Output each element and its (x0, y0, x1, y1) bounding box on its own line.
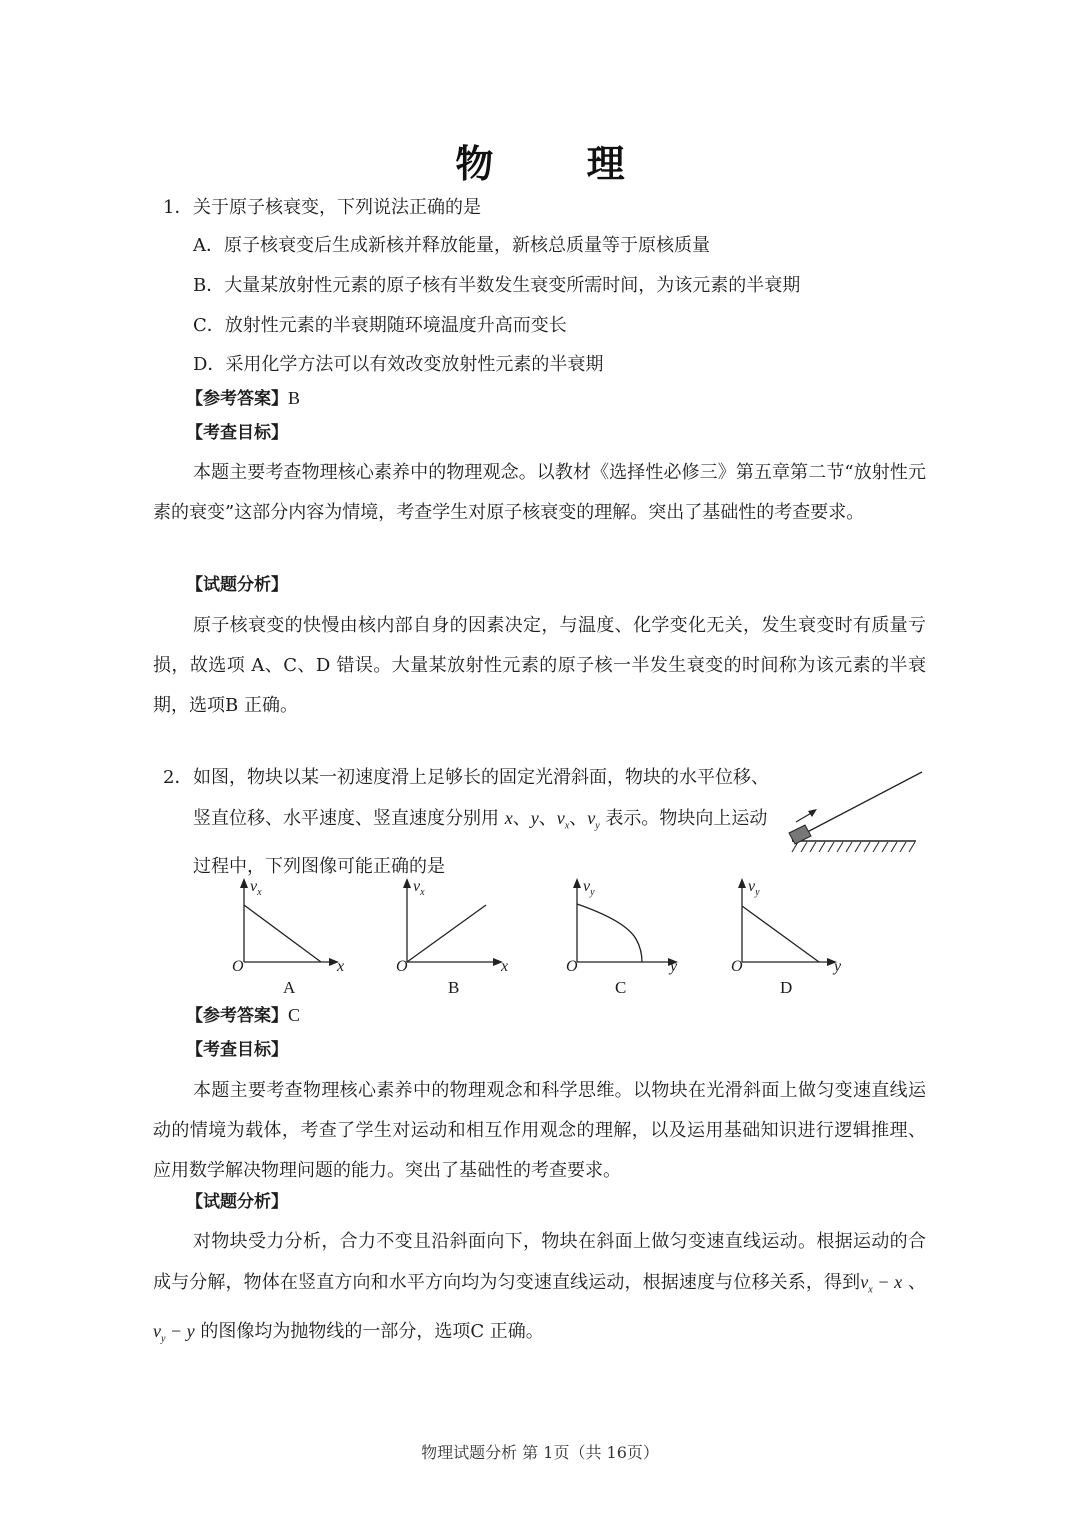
axis-label-y: vx (413, 878, 425, 898)
graph-label: D (780, 978, 792, 998)
objective-heading: 【考查目标】 (186, 1039, 288, 1061)
analysis-paragraph: 对物块受力分析，合力不变且沿斜面向下，物块在斜面上做匀变速直线运动。根据运动的合… (153, 1222, 926, 1359)
question-stem: 如图，物块以某一初速度滑上足够长的固定光滑斜面，物块的水平位移、竖直位移、水平速… (193, 758, 773, 887)
question-number: 2． (163, 758, 192, 798)
graph-label: A (283, 978, 295, 998)
axis-label-x: y (834, 958, 841, 976)
arrow-icon (808, 809, 817, 817)
separator: 、 (513, 808, 531, 829)
expr-vy-y: vy − y (153, 1321, 195, 1341)
question-stem: 关于原子核衰变，下列说法正确的是 (193, 197, 481, 219)
var-sub: y (595, 821, 599, 832)
page-footer: 物理试题分析 第 1页（共 16页） (0, 1440, 1080, 1463)
option-d: D．采用化学方法可以有效改变放射性元素的半衰期 (193, 354, 603, 376)
origin-label: O (731, 958, 743, 976)
option-a: A．原子核衰变后生成新核并释放能量，新核总质量等于原核质量 (193, 235, 710, 257)
axis-label-x: x (337, 958, 344, 976)
separator: 、 (539, 808, 557, 829)
answer-heading: 【参考答案】 (186, 1006, 288, 1026)
var-base: v (557, 808, 565, 828)
objective-heading: 【考查目标】 (186, 422, 288, 444)
graph-label: C (615, 978, 626, 998)
analysis-heading: 【试题分析】 (186, 1191, 288, 1213)
incline-figure (780, 765, 925, 860)
option-text: 采用化学方法可以有效改变放射性元素的半衰期 (225, 354, 603, 375)
graph-c (558, 875, 688, 970)
page-title: 物 理 (0, 133, 1080, 188)
axis-label-x: x (501, 958, 508, 976)
option-label: C． (193, 315, 225, 336)
separator: 、 (569, 808, 587, 829)
graph-b (388, 875, 518, 970)
graph-label: B (448, 978, 459, 998)
separator: 、 (902, 1272, 926, 1293)
option-c: C．放射性元素的半衰期随环境温度升高而变长 (193, 315, 567, 337)
analysis-heading: 【试题分析】 (186, 574, 288, 596)
expr-vx-x: vx − x (860, 1272, 902, 1292)
question-number: 1． (163, 197, 192, 219)
option-b: B．大量某放射性元素的原子核有半数发生衰变所需时间，为该元素的半衰期 (193, 275, 800, 297)
answer-value: B (288, 388, 300, 408)
origin-label: O (232, 958, 244, 976)
option-text: 放射性元素的半衰期随环境温度升高而变长 (225, 315, 567, 336)
axis-label-x: y (670, 958, 677, 976)
axis-label-y: vy (583, 878, 595, 898)
analysis-text: 对物块受力分析，合力不变且沿斜面向下，物块在斜面上做匀变速直线运动。根据运动的合… (153, 1231, 926, 1293)
answer-value: C (288, 1005, 300, 1025)
var-x: x (505, 808, 513, 828)
option-text: 原子核衰变后生成新核并释放能量，新核总质量等于原核质量 (224, 235, 710, 256)
answer-line: 【参考答案】B (186, 387, 300, 410)
objective-paragraph: 本题主要考查物理核心素养中的物理观念。以教材《选择性必修三》第五章第二节“放射性… (153, 453, 926, 533)
option-label: D． (193, 354, 225, 375)
analysis-paragraph: 原子核衰变的快慢由核内部自身的因素决定，与温度、化学变化无关，发生衰变时有质量亏… (153, 606, 926, 726)
analysis-text: 的图像均为抛物线的一部分，选项C 正确。 (195, 1321, 544, 1342)
option-label: A． (193, 235, 224, 256)
graph-a (225, 875, 355, 970)
graph-d (723, 875, 853, 970)
axis-label-y: vy (748, 878, 760, 898)
var-vy: vy (587, 808, 599, 828)
origin-label: O (396, 958, 408, 976)
answer-line: 【参考答案】C (186, 1004, 300, 1027)
option-text: 大量某放射性元素的原子核有半数发生衰变所需时间，为该元素的半衰期 (224, 275, 800, 296)
option-label: B． (193, 275, 224, 296)
var-base: v (587, 808, 595, 828)
origin-label: O (566, 958, 578, 976)
objective-paragraph: 本题主要考查物理核心素养中的物理观念和科学思维。以物块在光滑斜面上做匀变速直线运… (153, 1071, 926, 1191)
var-y: y (531, 808, 539, 828)
var-vx: vx (557, 808, 569, 828)
answer-heading: 【参考答案】 (186, 389, 288, 409)
axis-label-y: vx (250, 878, 262, 898)
